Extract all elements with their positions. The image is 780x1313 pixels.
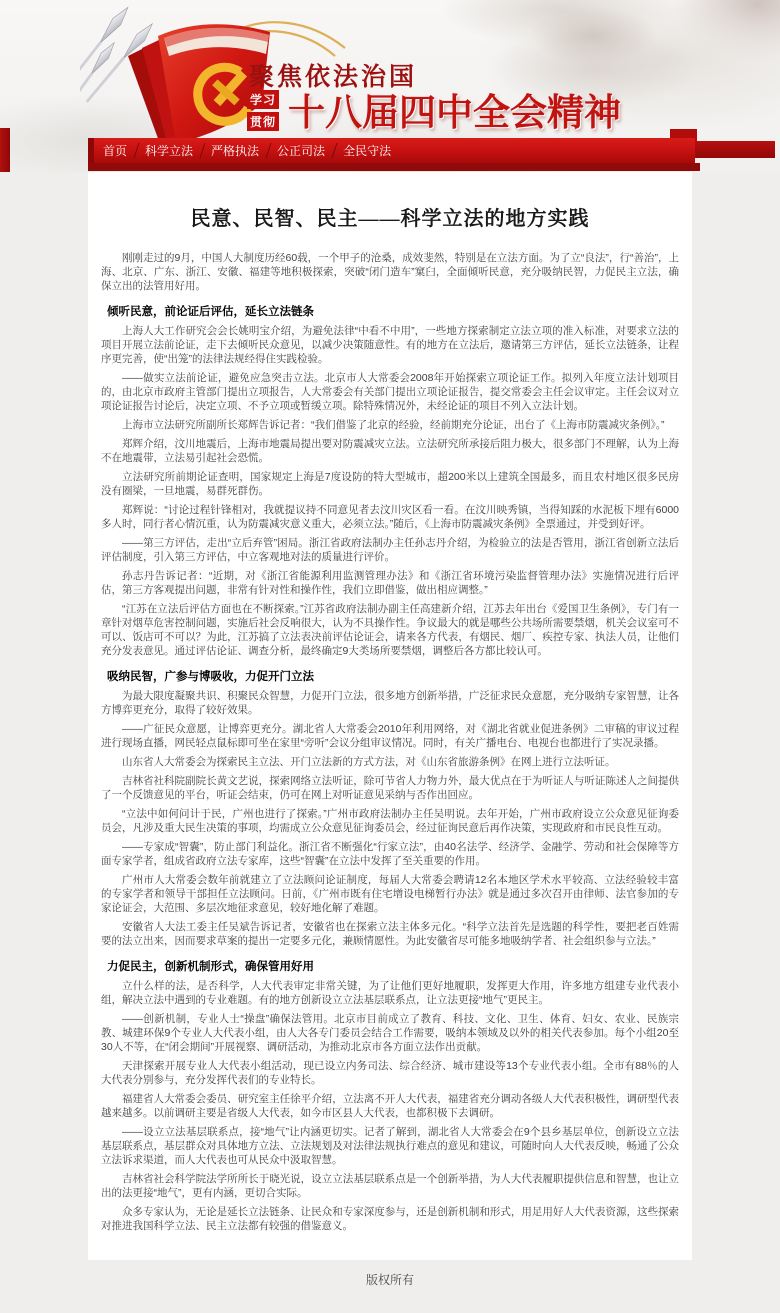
paragraph: ——做实立法前论证，避免应急突击立法。北京市人大常委会2008年开始探索立项论证… [101, 371, 679, 413]
footer: 版权所有 [0, 1260, 780, 1313]
paragraph: 立什么样的法，是否科学，人大代表审定非常关键，为了让他们更好地履职，发挥更大作用… [101, 979, 679, 1007]
article-title: 民意、民智、民主——科学立法的地方实践 [101, 202, 679, 231]
paragraph: 郑辉介绍，汶川地震后，上海市地震局提出要对防震减灾立法。立法研究所承接后阻力极大… [101, 437, 679, 465]
copyright-text: 版权所有 [366, 1271, 414, 1288]
paragraph: 吉林省社科院副院长黄文艺说，探索网络立法听证，除可节省人力物力外，最大优点在于为… [101, 774, 679, 802]
section-heading: 倾听民意，前论证后评估，延长立法链条 [101, 303, 679, 319]
paragraph: “立法中如何问计于民，广州也进行了探索。”广州市政府法制办主任吴明说。去年开始，… [101, 807, 679, 835]
paragraph: ——专家成“智囊”，防止部门利益化。浙江省不断强化“行家立法”，由40名法学、经… [101, 840, 679, 868]
nav-link[interactable]: 首页 [103, 144, 127, 158]
paragraph: 天津探索开展专业人大代表小组活动，现已设立内务司法、综合经济、城市建设等13个专… [101, 1059, 679, 1087]
study-tag-line1: 学习 [247, 90, 279, 109]
paragraph: 福建省人大常委会委员、研究室主任徐平介绍，立法离不开人大代表，福建省充分调动各级… [101, 1092, 679, 1120]
paragraph: 广州市人大常委会数年前就建立了立法顾问论证制度，每届人大常委会聘请12名本地区学… [101, 873, 679, 915]
banner-slogan-big: 十八届四中全会精神 [288, 82, 621, 136]
paragraph: 郑辉说：“讨论过程针锋相对，我就提议持不同意见者去汶川灾区看一看。在汶川映秀镇，… [101, 503, 679, 531]
paragraph: 孙志丹告诉记者：“近期，对《浙江省能源利用监测管理办法》和《浙江省环境污染监督管… [101, 569, 679, 597]
nav-left-ribbon [0, 128, 10, 172]
nav-item-1[interactable]: 科学立法 [136, 138, 202, 163]
paragraph: ——创新机制，专业人士“操盘”确保法管用。北京市目前成立了教育、科技、文化、卫生… [101, 1012, 679, 1054]
paragraph: 上海人大工作研究会会长姚明宝介绍，为避免法律“中看不中用”，一些地方探索制定立法… [101, 324, 679, 366]
paragraph: 立法研究所前期论证查明，国家规定上海是7度设防的特大型城市，超200米以上建筑全… [101, 470, 679, 498]
article-container: 民意、民智、民主——科学立法的地方实践 刚刚走过的9月，中国人大制度历经60载，… [88, 172, 692, 1260]
paragraph: 为最大限度凝聚共识、积聚民众智慧，力促开门立法，很多地方创新举措，广泛征求民众意… [101, 689, 679, 717]
nav-link[interactable]: 全民守法 [343, 144, 391, 158]
paragraph: 安徽省人大法工委主任吴斌告诉记者，安徽省也在探索立法主体多元化。“科学立法首先是… [101, 920, 679, 948]
paragraph: 上海市立法研究所副所长郑辉告诉记者：“我们借鉴了北京的经验，经前期充分论证，出台… [101, 418, 679, 432]
paragraph: 吉林省社会科学院法学所所长于晓光说，设立立法基层联系点是一个创新举措，为人大代表… [101, 1172, 679, 1200]
paragraph: 山东省人大常委会为探索民主立法、开门立法新的方式方法，对《山东省旅游条例》在网上… [101, 755, 679, 769]
nav-list: 首页科学立法严格执法公正司法全民守法 [88, 138, 695, 163]
article-body: 刚刚走过的9月，中国人大制度历经60载，一个甲子的沧桑，成效斐然，特别是在立法方… [101, 251, 679, 1233]
section-heading: 力促民主，创新机制形式，确保管用好用 [101, 958, 679, 974]
study-implement-tags: 学习 贯彻 [247, 90, 279, 134]
nav-item-3[interactable]: 公正司法 [268, 138, 334, 163]
nav-link[interactable]: 严格执法 [211, 144, 259, 158]
main-nav: 首页科学立法严格执法公正司法全民守法 [88, 138, 695, 163]
nav-item-2[interactable]: 严格执法 [202, 138, 268, 163]
section-heading: 吸纳民智，广参与博吸收，力促开门立法 [101, 668, 679, 684]
paragraph: 众多专家认为，无论是延长立法链条、让民众和专家深度参与，还是创新机制和形式，用足… [101, 1205, 679, 1233]
paragraph: 刚刚走过的9月，中国人大制度历经60载，一个甲子的沧桑，成效斐然，特别是在立法方… [101, 251, 679, 293]
header-banner: 聚焦依法治国 学习 贯彻 十八届四中全会精神 首页科学立法严格执法公正司法全民守… [0, 0, 780, 172]
nav-link[interactable]: 公正司法 [277, 144, 325, 158]
paragraph: ——广征民众意愿，让博弈更充分。湖北省人大常委会2010年利用网络，对《湖北省就… [101, 722, 679, 750]
nav-right-ribbon [695, 141, 775, 158]
paragraph: ——第三方评估，走出“立后弃管”困局。浙江省政府法制办主任孙志丹介绍，为检验立的… [101, 536, 679, 564]
nav-bottom-shadow [88, 163, 700, 171]
nav-link[interactable]: 科学立法 [145, 144, 193, 158]
paragraph: “江苏在立法后评估方面也在不断探索。”江苏省政府法制办副主任高建新介绍，江苏去年… [101, 602, 679, 658]
study-tag-line2: 贯彻 [247, 112, 279, 131]
paragraph: ——设立立法基层联系点，接“地气”让内涵更切实。记者了解到，湖北省人大常委会在9… [101, 1125, 679, 1167]
nav-item-4[interactable]: 全民守法 [334, 138, 400, 163]
nav-item-0[interactable]: 首页 [94, 138, 136, 163]
